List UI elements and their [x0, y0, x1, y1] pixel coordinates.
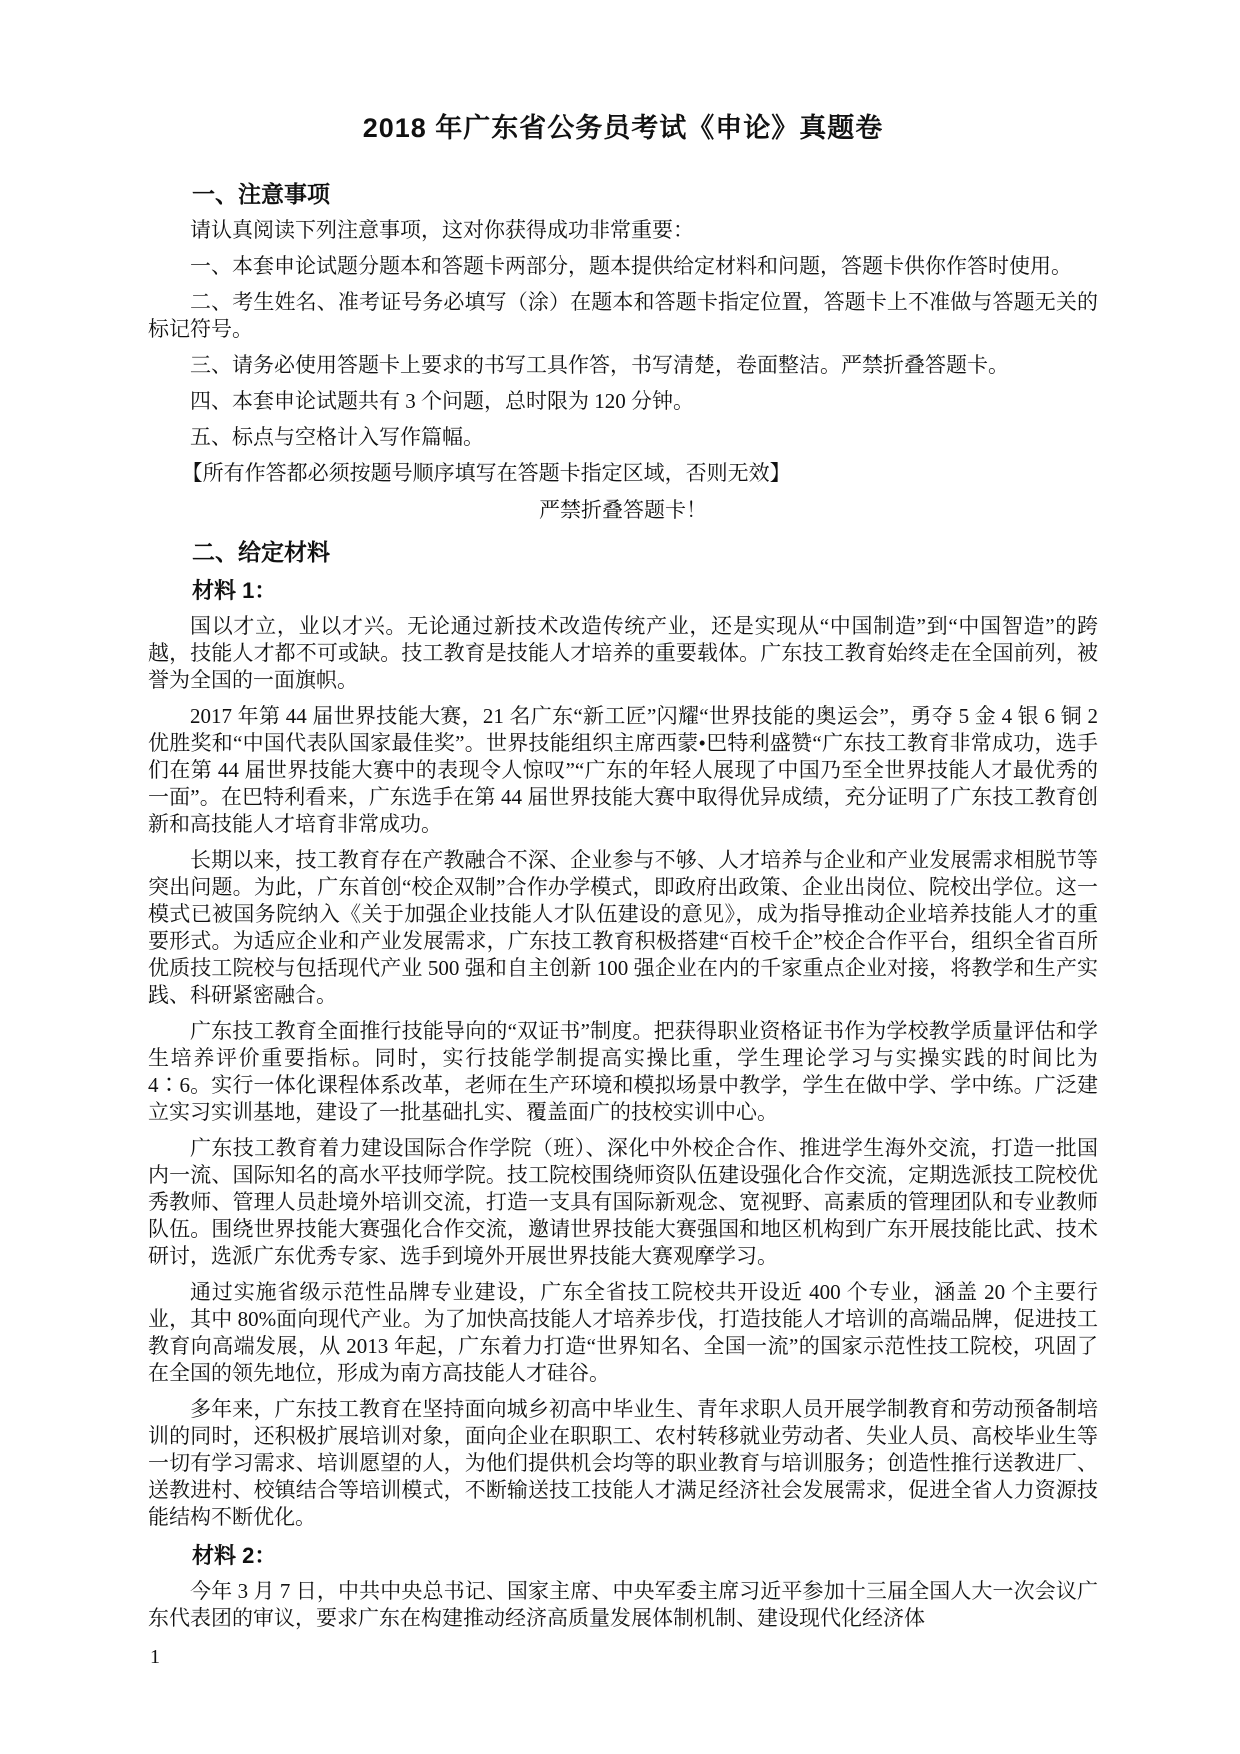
notice-item-3: 三、请务必使用答题卡上要求的书写工具作答，书写清楚，卷面整洁。严禁折叠答题卡。: [148, 352, 1098, 379]
material-1-paragraph: 多年来，广东技工教育在坚持面向城乡初高中毕业生、青年求职人员开展学制教育和劳动预…: [148, 1396, 1098, 1531]
material-1-paragraph: 长期以来，技工教育存在产教融合不深、企业参与不够、人才培养与企业和产业发展需求相…: [148, 847, 1098, 1009]
material-1-label: 材料 1：: [148, 578, 1098, 604]
material-2-paragraph: 今年 3 月 7 日，中共中央总书记、国家主席、中央军委主席习近平参加十三届全国…: [148, 1578, 1098, 1632]
notice-item-1: 一、本套申论试题分题本和答题卡两部分，题本提供给定材料和问题，答题卡供你作答时使…: [148, 253, 1098, 280]
material-1-paragraph: 2017 年第 44 届世界技能大赛，21 名广东“新工匠”闪耀“世界技能的奥运…: [148, 703, 1098, 838]
notice-intro: 请认真阅读下列注意事项，这对你获得成功非常重要：: [148, 217, 1098, 244]
material-1-paragraph: 国以才立，业以才兴。无论通过新技术改造传统产业，还是实现从“中国制造”到“中国智…: [148, 613, 1098, 694]
fold-warning: 严禁折叠答题卡！: [148, 497, 1098, 524]
material-2-label: 材料 2：: [148, 1543, 1098, 1569]
material-1-paragraph: 广东技工教育着力建设国际合作学院（班）、深化中外校企合作、推进学生海外交流，打造…: [148, 1135, 1098, 1270]
section-heading-materials: 二、给定材料: [148, 538, 1098, 566]
page-number: 1: [150, 1645, 160, 1669]
page-title: 2018 年广东省公务员考试《申论》真题卷: [148, 112, 1098, 144]
notice-item-4: 四、本套申论试题共有 3 个问题，总时限为 120 分钟。: [148, 388, 1098, 415]
notice-bracket-note: 【所有作答都必须按题号顺序填写在答题卡指定区域，否则无效】: [148, 460, 1098, 487]
material-1-paragraph: 通过实施省级示范性品牌专业建设，广东全省技工院校共开设近 400 个专业，涵盖 …: [148, 1279, 1098, 1387]
notice-item-5: 五、标点与空格计入写作篇幅。: [148, 424, 1098, 451]
section-heading-notices: 一、注意事项: [148, 180, 1098, 208]
material-1-paragraph: 广东技工教育全面推行技能导向的“双证书”制度。把获得职业资格证书作为学校教学质量…: [148, 1018, 1098, 1126]
notice-item-2: 二、考生姓名、准考证号务必填写（涂）在题本和答题卡指定位置，答题卡上不准做与答题…: [148, 289, 1098, 343]
exam-document-page: 2018 年广东省公务员考试《申论》真题卷 一、注意事项 请认真阅读下列注意事项…: [0, 0, 1240, 1754]
